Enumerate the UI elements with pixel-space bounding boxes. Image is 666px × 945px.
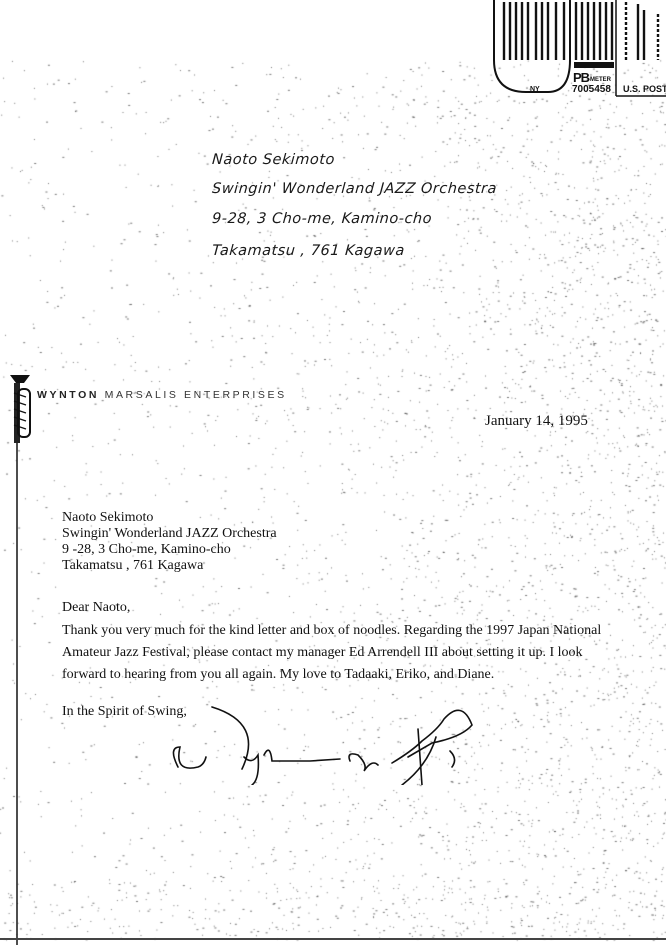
recipient-address: Naoto Sekimoto Swingin' Wonderland JAZZ … — [62, 510, 277, 574]
envelope-address-line: Swingin' Wonderland JAZZ Orchestra — [211, 182, 497, 197]
trumpet-icon — [8, 375, 36, 945]
recipient-line: Takamatsu , 761 Kagawa — [62, 558, 277, 574]
meter-city: NY — [530, 86, 540, 93]
letterhead-name-last: MARSALIS — [105, 389, 179, 401]
meter-brand: PB — [573, 70, 589, 85]
letterhead-title: WYNTON MARSALIS ENTERPRISES — [37, 389, 287, 401]
letter-date: January 14, 1995 — [485, 413, 588, 430]
salutation: Dear Naoto, — [62, 600, 130, 616]
signature-icon — [160, 695, 490, 785]
letterhead-name-first: WYNTON — [37, 389, 99, 401]
scan-noise — [0, 0, 666, 945]
page-edge — [0, 938, 666, 940]
meter-number: 7005458 — [572, 84, 611, 95]
letter-body: Thank you very much for the kind letter … — [62, 620, 622, 686]
envelope-address-line: Takamatsu , 761 Kagawa — [211, 244, 405, 259]
body-line: Thank you very much for the kind letter … — [62, 620, 622, 642]
recipient-line: Naoto Sekimoto — [62, 510, 277, 526]
body-line: forward to hearing from you all again. M… — [62, 664, 622, 686]
postal-service: U.S. POST — [623, 84, 666, 94]
envelope-address-line: 9-28, 3 Cho-me, Kamino-cho — [211, 212, 432, 227]
meter-label: METER — [590, 77, 611, 83]
postage-meter: NY PB METER 7005458 U.S. POST — [478, 0, 666, 100]
letterhead-suffix: ENTERPRISES — [184, 389, 287, 401]
recipient-line: Swingin' Wonderland JAZZ Orchestra — [62, 526, 277, 542]
envelope-address-line: Naoto Sekimoto — [211, 153, 335, 168]
body-line: Amateur Jazz Festival, please contact my… — [62, 642, 622, 664]
recipient-line: 9 -28, 3 Cho-me, Kamino-cho — [62, 542, 277, 558]
